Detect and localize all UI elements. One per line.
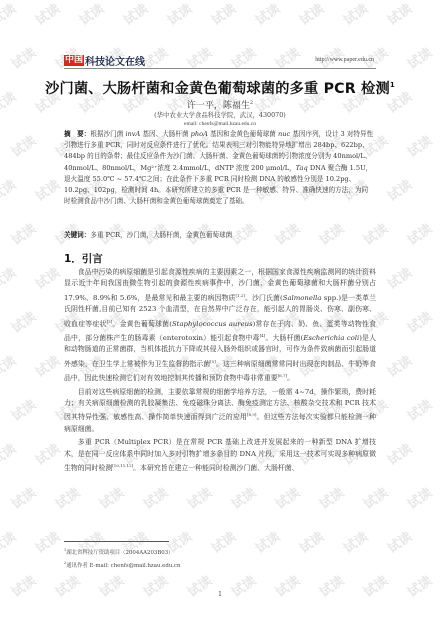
watermark-text: 试读 bbox=[359, 482, 391, 512]
watermark-text: 试读 bbox=[75, 0, 107, 29]
logo-text: 科技论文在线 bbox=[85, 53, 145, 68]
paragraph: 目前对这些病原细菌的检测，主要依靠常规的细菌学培养方法，一般需 4~7d，操作繁… bbox=[64, 387, 376, 436]
watermark-text: 试读 bbox=[403, 306, 435, 336]
watermark-text: 试读 bbox=[0, 0, 19, 29]
species-name: Salmonella bbox=[283, 294, 322, 302]
species-name: Staphylococcus aureus bbox=[172, 320, 253, 328]
watermark-text: 试读 bbox=[51, 482, 83, 512]
watermark-text: 试读 bbox=[315, 482, 347, 512]
watermark-text: 试读 bbox=[183, 482, 215, 512]
title-text: 沙门菌、大肠杆菌和金黄色葡萄球菌的多重 PCR 检测 bbox=[45, 81, 390, 97]
watermark-text: 试读 bbox=[251, 0, 283, 29]
watermark-text: 试读 bbox=[383, 0, 415, 29]
citation[interactable]: [1,2] bbox=[235, 293, 244, 298]
watermark-text: 试读 bbox=[383, 526, 415, 556]
contact-email[interactable]: email: chenfs@mail.hzau.edu.cn bbox=[0, 121, 440, 127]
paragraph: 食品中污染的病原细菌是引起食源性疾病的主要因素之一，根据国家食源性疾病监测网的统… bbox=[64, 267, 376, 385]
body-text: 。金黄色葡萄球菌( bbox=[112, 320, 172, 328]
abstract-text: 基因、大肠杆菌 bbox=[140, 130, 190, 138]
citation[interactable]: [10,11,12] bbox=[112, 463, 133, 468]
watermark-text: 试读 bbox=[383, 174, 415, 204]
footnote-divider bbox=[64, 541, 169, 542]
watermark-text: 试读 bbox=[0, 438, 19, 468]
watermark-text: 试读 bbox=[403, 130, 435, 160]
watermark-text: 试读 bbox=[339, 0, 371, 29]
watermark-text: 试读 bbox=[271, 482, 303, 512]
watermark-text: 试读 bbox=[7, 306, 39, 336]
watermark-text: 试读 bbox=[7, 42, 39, 72]
watermark-text: 试读 bbox=[139, 482, 171, 512]
watermark-text: 试读 bbox=[0, 262, 19, 292]
gene-name: invA bbox=[125, 130, 140, 138]
watermark-text: 试读 bbox=[7, 218, 39, 248]
abstract-label: 摘 要： bbox=[64, 130, 90, 138]
paragraph: 多重 PCR（Multiplex PCR）是在常规 PCR 基础上改进并发展起来… bbox=[64, 437, 376, 474]
enzyme-name: Taq bbox=[296, 164, 308, 172]
author-footnote-mark: 2 bbox=[250, 100, 253, 106]
journal-header: 中国 科技论文在线 http://www.paper.edu.cn bbox=[64, 54, 376, 69]
watermark-text: 试读 bbox=[295, 0, 327, 29]
body-text: 。沙门氏菌( bbox=[245, 294, 283, 302]
keywords-label: 关键词： bbox=[64, 231, 90, 239]
title-footnote-mark: 1 bbox=[390, 81, 395, 89]
watermark-text: 试读 bbox=[403, 394, 435, 424]
watermark-text: 试读 bbox=[403, 218, 435, 248]
section-heading-introduction: 1．引言 bbox=[64, 251, 103, 266]
footnote-funding: 1湖北省科技厅资助项目（2004AA203B03） bbox=[64, 545, 376, 558]
watermark-text: 试读 bbox=[0, 526, 19, 556]
watermark-text: 试读 bbox=[119, 0, 151, 29]
footnotes: 1湖北省科技厅资助项目（2004AA203B03） 2通讯作者 E-mail: … bbox=[64, 545, 376, 571]
watermark-text: 试读 bbox=[31, 0, 63, 29]
watermark-text: 试读 bbox=[0, 174, 19, 204]
footnote-text: 湖北省科技厅资助项目（2004AA203B03） bbox=[66, 550, 173, 556]
affiliation: (华中农业大学食品科技学院，武汉，430070) bbox=[0, 110, 440, 119]
keywords: 关键词：多重 PCR，沙门菌，大肠杆菌，金黄色葡萄球菌 bbox=[64, 229, 374, 239]
watermark-text: 试读 bbox=[31, 174, 63, 204]
watermark-text: 试读 bbox=[403, 42, 435, 72]
keywords-text: 多重 PCR，沙门菌，大肠杆菌，金黄色葡萄球菌 bbox=[90, 231, 232, 239]
body-text: 。大肠杆菌( bbox=[265, 334, 303, 342]
abstract-text: 基因和金黄色葡萄球菌 bbox=[208, 130, 278, 138]
citation[interactable]: [8,9] bbox=[247, 412, 256, 417]
watermark-text: 试读 bbox=[31, 438, 63, 468]
abstract: 摘 要：根据沙门菌 invA 基因、大肠杆菌 phoA 基因和金黄色葡萄球菌 n… bbox=[64, 129, 374, 207]
body-text: 。本研究旨在建立一种能同时检测沙门菌、大肠杆菌、 bbox=[133, 464, 298, 472]
section-body: 食品中污染的病原细菌是引起食源性疾病的主要因素之一，根据国家食源性疾病监测网的统… bbox=[64, 267, 376, 477]
watermark-text: 试读 bbox=[383, 350, 415, 380]
gene-name: nuc bbox=[278, 130, 290, 138]
species-name: Escherichia coli bbox=[303, 334, 359, 342]
watermark-text: 试读 bbox=[7, 130, 39, 160]
watermark-text: 试读 bbox=[227, 482, 259, 512]
gene-name: phoA bbox=[191, 130, 208, 138]
body-text: 。 bbox=[287, 374, 294, 382]
page-number: 1 bbox=[0, 591, 440, 598]
watermark-text: 试读 bbox=[7, 482, 39, 512]
journal-url[interactable]: http://www.paper.edu.cn bbox=[315, 57, 374, 63]
abstract-text: 根据沙门菌 bbox=[90, 130, 125, 138]
footnote-text: 通讯作者 E-mail: chenfs@mail.hzau.edu.cn bbox=[66, 563, 180, 569]
watermark-text: 试读 bbox=[31, 350, 63, 380]
watermark-text: 试读 bbox=[31, 526, 63, 556]
watermark-text: 试读 bbox=[0, 350, 19, 380]
watermark-text: 试读 bbox=[383, 438, 415, 468]
footnote-correspondence: 2通讯作者 E-mail: chenfs@mail.hzau.edu.cn bbox=[64, 558, 376, 571]
logo-red-part: 中国 bbox=[64, 55, 84, 66]
watermark-text: 试读 bbox=[95, 482, 127, 512]
journal-logo: 中国 科技论文在线 bbox=[64, 54, 145, 67]
watermark-text: 试读 bbox=[403, 482, 435, 512]
citation[interactable]: [6,7] bbox=[278, 373, 287, 378]
watermark-text: 试读 bbox=[7, 394, 39, 424]
watermark-text: 试读 bbox=[31, 262, 63, 292]
watermark-text: 试读 bbox=[383, 262, 415, 292]
paper-title: 沙门菌、大肠杆菌和金黄色葡萄球菌的多重 PCR 检测1 bbox=[0, 78, 440, 98]
watermark-text: 试读 bbox=[163, 0, 195, 29]
watermark-text: 试读 bbox=[207, 0, 239, 29]
